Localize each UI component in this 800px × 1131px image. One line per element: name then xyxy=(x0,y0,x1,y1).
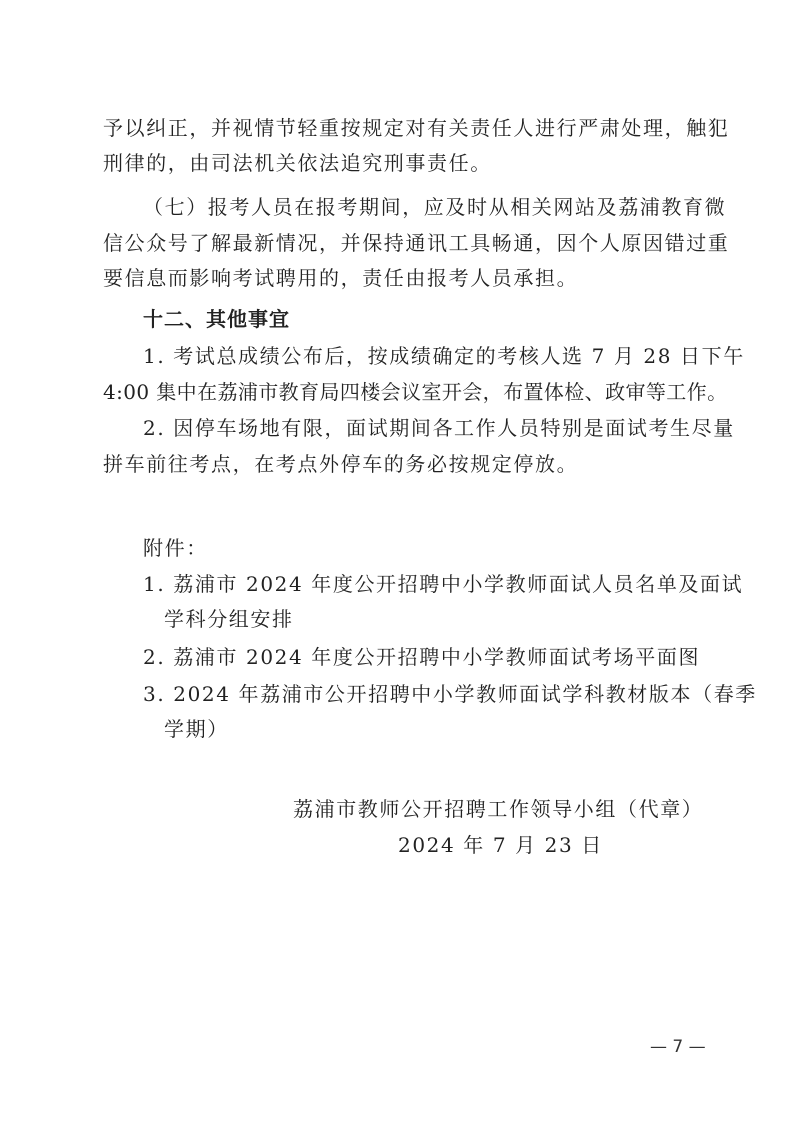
item-7-line-2: 信公众号了解最新情况，并保持通讯工具畅通，因个人原因错过重 xyxy=(103,229,719,257)
document-page: 予以纠正，并视情节轻重按规定对有关责任人进行严肃处理，触犯 刑律的，由司法机关依… xyxy=(0,0,800,1131)
section-12-item-1-line-1: 1. 考试总成绩公布后，按成绩确定的考核人选 7 月 28 日下午 xyxy=(143,342,719,370)
signature-organization: 荔浦市教师公开招聘工作领导小组（代章） xyxy=(293,795,703,823)
attachment-1-line-1: 1. 荔浦市 2024 年度公开招聘中小学教师面试人员名单及面试 xyxy=(143,570,719,598)
section-12-heading: 十二、其他事宜 xyxy=(143,305,759,333)
attachments-label: 附件： xyxy=(143,534,759,562)
page-number: — 7 — xyxy=(650,1037,706,1057)
section-12-item-1-line-2: 4:00 集中在荔浦市教育局四楼会议室开会，布置体检、政审等工作。 xyxy=(103,378,719,406)
paragraph-continuation-line-2: 刑律的，由司法机关依法追究刑事责任。 xyxy=(103,149,719,177)
signature-date: 2024 年 7 月 23 日 xyxy=(398,831,603,859)
item-7-line-1: （七）报考人员在报考期间，应及时从相关网站及荔浦教育微 xyxy=(143,193,719,221)
item-7-line-3: 要信息而影响考试聘用的，责任由报考人员承担。 xyxy=(103,264,719,292)
attachment-3-line-1: 3. 2024 年荔浦市公开招聘中小学教师面试学科教材版本（春季 xyxy=(143,680,719,708)
attachment-3-line-2: 学期） xyxy=(164,715,780,743)
section-12-item-2-line-2: 拼车前往考点，在考点外停车的务必按规定停放。 xyxy=(103,450,719,478)
attachment-2: 2. 荔浦市 2024 年度公开招聘中小学教师面试考场平面图 xyxy=(143,643,759,671)
paragraph-continuation-line-1: 予以纠正，并视情节轻重按规定对有关责任人进行严肃处理，触犯 xyxy=(103,114,719,142)
section-12-item-2-line-1: 2. 因停车场地有限，面试期间各工作人员特别是面试考生尽量 xyxy=(143,414,719,442)
attachment-1-line-2: 学科分组安排 xyxy=(164,605,780,633)
